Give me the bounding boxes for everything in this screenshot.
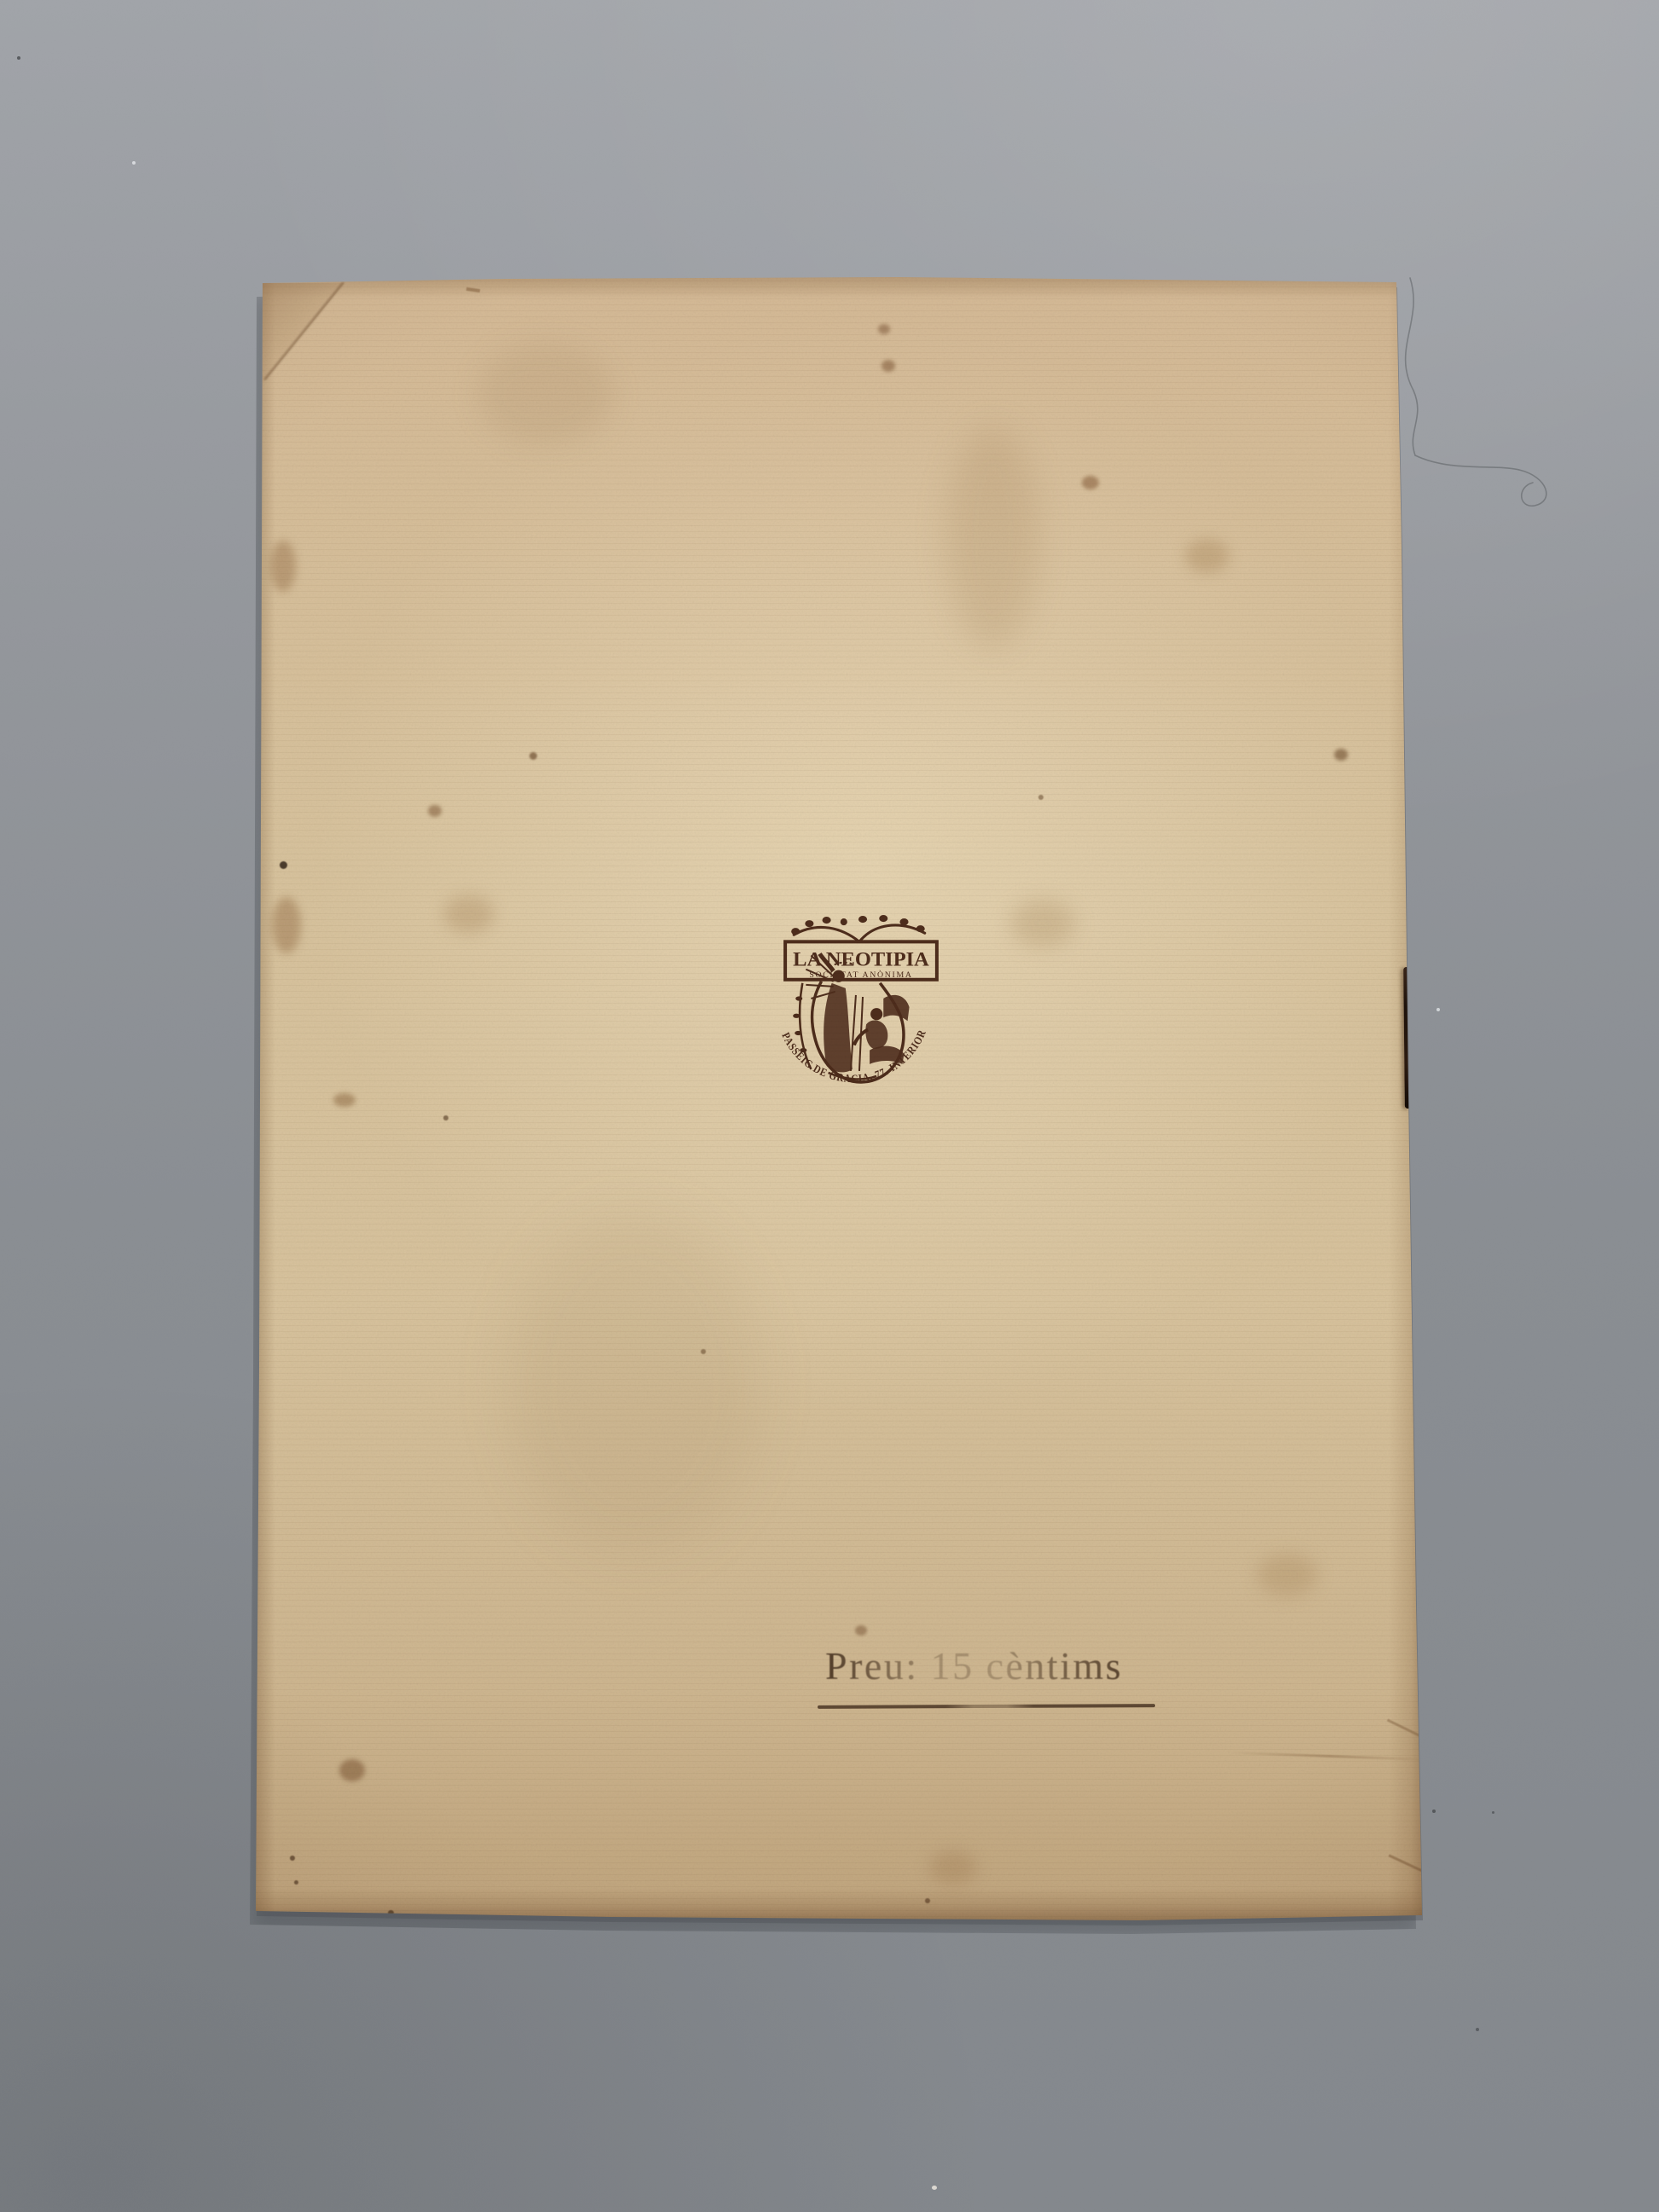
- printer-stamp: LA NEOTIPIA SOCIETAT ANÒNIMA: [780, 914, 944, 1099]
- stain: [1082, 476, 1099, 489]
- stamp-address: PASSEIG DE GRACIA, 77. INTERIOR: [780, 1028, 928, 1085]
- stain: [477, 343, 614, 445]
- stain: [929, 1850, 977, 1885]
- stain: [294, 1880, 298, 1885]
- dust-speck: [1492, 1811, 1494, 1814]
- stain: [882, 360, 895, 372]
- price-text: Preu: 15 cèntims: [825, 1643, 1123, 1688]
- stain: [925, 1898, 930, 1903]
- stain: [1185, 539, 1229, 573]
- stain: [878, 324, 890, 334]
- photo-scene: LA NEOTIPIA SOCIETAT ANÒNIMA: [0, 0, 1659, 2212]
- stain: [1010, 900, 1075, 947]
- svg-text:PASSEIG DE GRACIA, 77. INTERIO: PASSEIG DE GRACIA, 77. INTERIOR: [780, 1028, 928, 1085]
- stain: [529, 752, 537, 760]
- stain: [855, 1625, 867, 1636]
- dust-speck: [17, 56, 20, 60]
- stain: [1334, 749, 1348, 761]
- stain: [280, 861, 287, 869]
- booklet-back-cover: LA NEOTIPIA SOCIETAT ANÒNIMA: [251, 275, 1430, 1925]
- dust-speck: [1476, 2028, 1479, 2031]
- stain: [428, 805, 442, 817]
- stamp-title: LA NEOTIPIA: [793, 949, 929, 971]
- stain: [290, 1856, 295, 1861]
- hair-fiber: [1373, 273, 1654, 554]
- leaf-cluster-icon: [791, 915, 925, 935]
- stain: [701, 1349, 706, 1354]
- dust-speck: [1432, 1810, 1436, 1813]
- stain: [507, 1213, 763, 1554]
- stain: [270, 541, 296, 592]
- stain: [1257, 1554, 1317, 1596]
- stain: [946, 426, 1040, 648]
- dust-speck: [1436, 1008, 1440, 1011]
- stain: [443, 895, 494, 933]
- stain: [1038, 795, 1043, 800]
- stain: [443, 1115, 448, 1120]
- branch-ornament-icon: [794, 925, 925, 941]
- stain: [272, 897, 301, 953]
- stain: [339, 1759, 365, 1781]
- stain: [333, 1093, 355, 1107]
- dust-speck: [132, 161, 136, 165]
- dust-speck: [932, 2186, 937, 2190]
- paper-edge-top: [251, 275, 1430, 298]
